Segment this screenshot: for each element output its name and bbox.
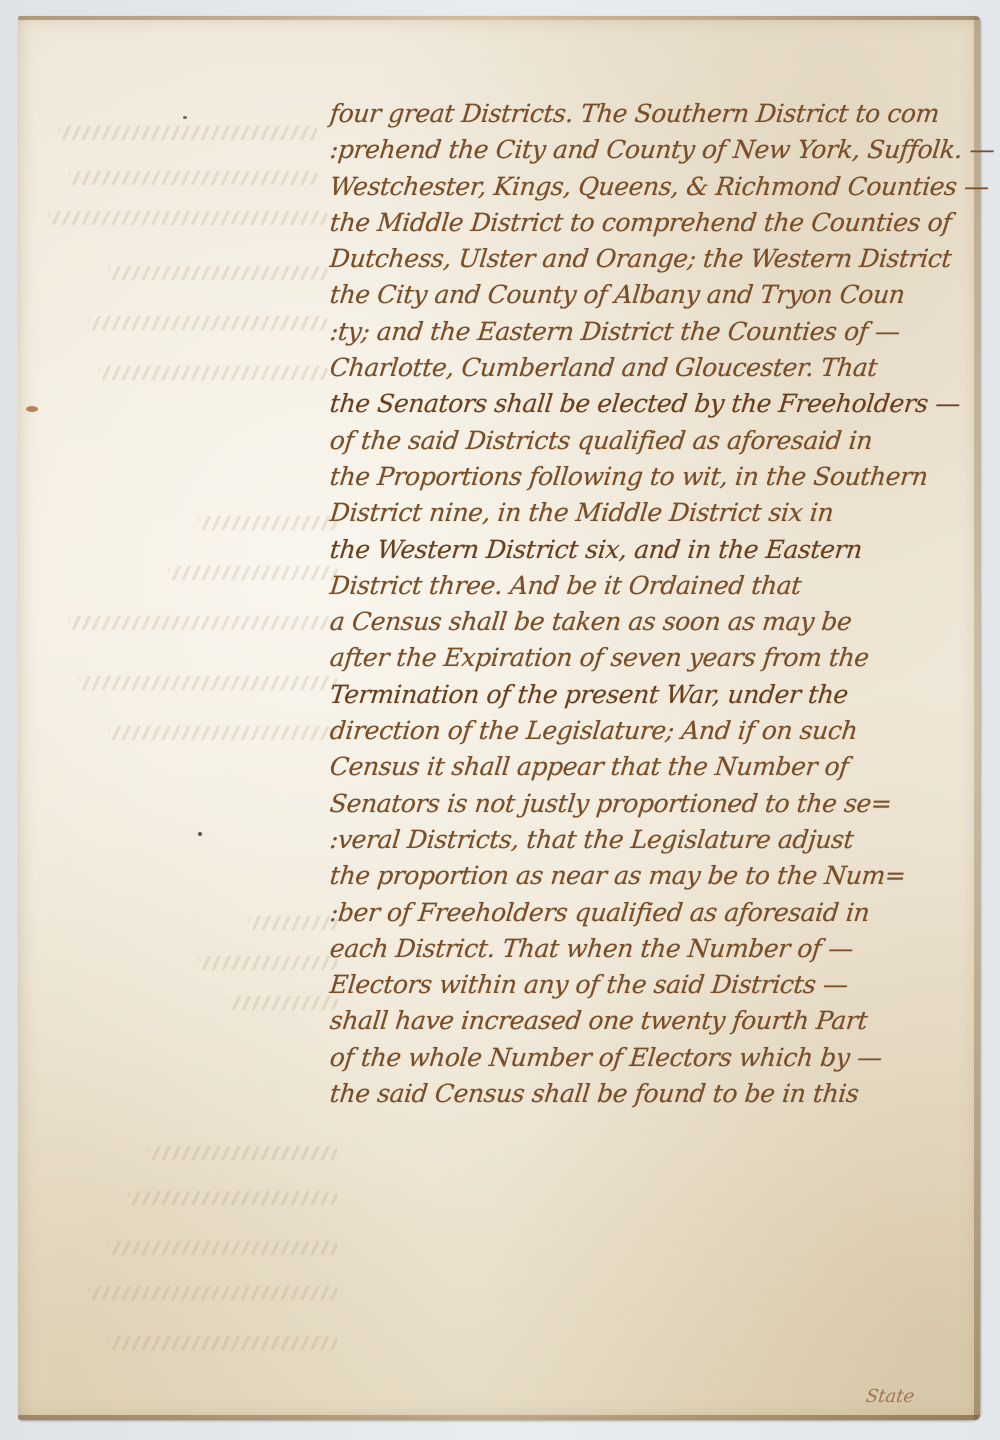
text-line: :ty; and the Eastern District the Counti… bbox=[328, 314, 972, 350]
ink-bleed-through bbox=[48, 116, 348, 1416]
manuscript-text: four great Districts. The Southern Distr… bbox=[330, 96, 970, 1112]
text-line: after the Expiration of seven years from… bbox=[328, 640, 972, 676]
text-line: shall have increased one twenty fourth P… bbox=[328, 1003, 972, 1039]
bleed-line bbox=[108, 1241, 338, 1255]
text-line: Census it shall appear that the Number o… bbox=[328, 749, 972, 785]
text-line: the Senators shall be elected by the Fre… bbox=[328, 386, 972, 422]
bleed-line bbox=[248, 916, 338, 930]
bleed-line bbox=[148, 1146, 338, 1160]
ink-stain bbox=[26, 406, 38, 412]
text-line: four great Districts. The Southern Distr… bbox=[328, 96, 972, 132]
bleed-line bbox=[78, 676, 338, 690]
bleed-line bbox=[198, 956, 338, 970]
text-line: the Proportions following to wit, in the… bbox=[328, 459, 972, 495]
bleed-line bbox=[68, 616, 338, 630]
text-line: the said Census shall be found to be in … bbox=[328, 1076, 972, 1112]
text-line: District three. And be it Ordained that bbox=[328, 568, 972, 604]
bleed-line bbox=[88, 1286, 338, 1300]
text-line: the Middle District to comprehend the Co… bbox=[328, 205, 972, 241]
text-line: :prehend the City and County of New York… bbox=[328, 132, 972, 168]
bleed-line bbox=[68, 171, 318, 185]
text-line: a Census shall be taken as soon as may b… bbox=[328, 604, 972, 640]
bleed-line bbox=[108, 726, 338, 740]
ink-speck bbox=[198, 832, 202, 836]
ink-speck bbox=[183, 116, 187, 119]
bleed-line bbox=[108, 266, 328, 280]
bleed-line bbox=[198, 516, 338, 530]
text-line: of the said Districts qualified as afore… bbox=[328, 423, 972, 459]
paper-edge-top bbox=[18, 16, 980, 20]
catchword: State bbox=[865, 1386, 916, 1407]
text-line: Electors within any of the said District… bbox=[328, 967, 972, 1003]
text-line: the Western District six, and in the Eas… bbox=[328, 532, 972, 568]
text-line: Senators is not justly proportioned to t… bbox=[328, 786, 972, 822]
bleed-line bbox=[48, 211, 328, 225]
text-line: the City and County of Albany and Tryon … bbox=[328, 277, 972, 313]
text-line: :ber of Freeholders qualified as aforesa… bbox=[328, 895, 972, 931]
text-line: direction of the Legislature; And if on … bbox=[328, 713, 972, 749]
bleed-line bbox=[128, 1191, 338, 1205]
bleed-line bbox=[108, 1336, 338, 1350]
text-line: Dutchess, Ulster and Orange; the Western… bbox=[328, 241, 972, 277]
text-line: the proportion as near as may be to the … bbox=[328, 858, 972, 894]
text-line: Westchester, Kings, Queens, & Richmond C… bbox=[328, 169, 972, 205]
bleed-line bbox=[228, 996, 338, 1010]
text-line: Charlotte, Cumberland and Gloucester. Th… bbox=[328, 350, 972, 386]
text-line: :veral Districts, that the Legislature a… bbox=[328, 822, 972, 858]
text-line: Termination of the present War, under th… bbox=[328, 677, 972, 713]
bleed-line bbox=[88, 316, 328, 330]
bleed-line bbox=[168, 566, 338, 580]
text-line: of the whole Number of Electors which by… bbox=[328, 1040, 972, 1076]
text-line: District nine, in the Middle District si… bbox=[328, 495, 972, 531]
bleed-line bbox=[98, 366, 328, 380]
text-line: each District. That when the Number of — bbox=[328, 931, 972, 967]
paper-edge-right bbox=[974, 16, 980, 1420]
bleed-line bbox=[58, 126, 318, 140]
